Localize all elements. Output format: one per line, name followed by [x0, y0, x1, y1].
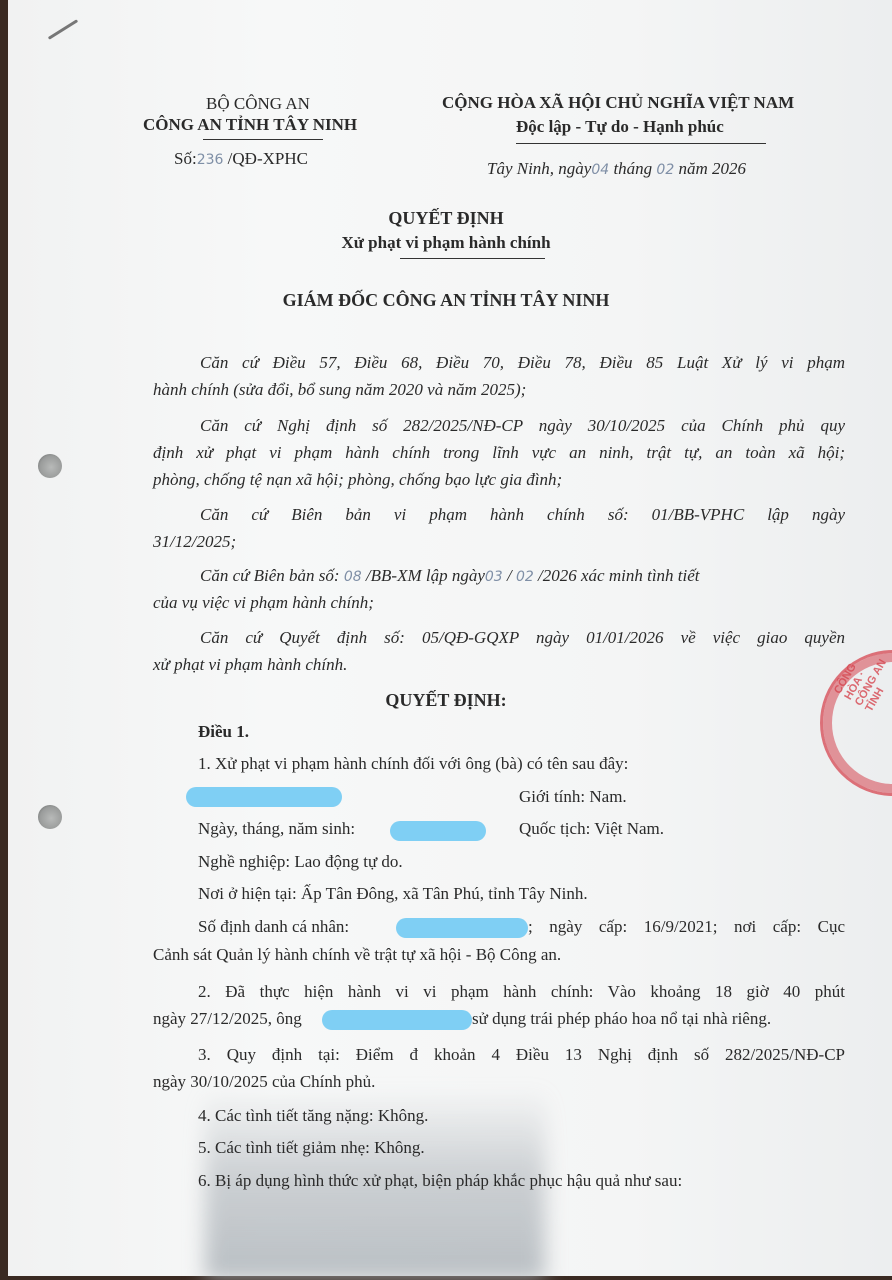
gender: Giới tính: Nam. — [519, 787, 627, 807]
agency-underline — [203, 139, 323, 140]
dob-label: Ngày, tháng, năm sinh: — [198, 819, 355, 839]
year-text: năm 2026 — [679, 159, 747, 178]
basis-4-text-c: /2026 xác minh tình tiết — [538, 566, 699, 585]
basis-1-line2: hành chính (sửa đổi, bổ sung năm 2020 và… — [153, 380, 526, 400]
basis-4-line2: của vụ việc vi phạm hành chính; — [153, 593, 374, 613]
id-issuer: Cảnh sát Quản lý hành chính về trật tự x… — [153, 945, 561, 965]
basis-2-line3: phòng, chống tệ nạn xã hội; phòng, chống… — [153, 470, 562, 490]
basis-4-text-a: Căn cứ Biên bản số: — [200, 566, 340, 585]
article-1-item-6: 6. Bị áp dụng hình thức xử phạt, biện ph… — [198, 1171, 682, 1191]
basis-2-line2: định xử phạt vi phạm hành chính trong lĩ… — [153, 443, 845, 463]
basis-4-separator: / — [507, 566, 512, 585]
basis-2-line1: Căn cứ Nghị định số 282/2025/NĐ-CP ngày … — [200, 416, 845, 436]
redacted-dob — [390, 821, 486, 841]
basis-4-handwritten-day: 03 — [485, 569, 503, 585]
basis-3-line1: Căn cứ Biên bản vi phạm hành chính số: 0… — [200, 505, 845, 525]
month-label: tháng — [613, 159, 652, 178]
redacted-name — [186, 787, 342, 807]
basis-4-text-b: /BB-XM lập ngày — [366, 566, 485, 585]
article-1-item-1: 1. Xử phạt vi phạm hành chính đối với ôn… — [198, 754, 628, 774]
article-1-item-4: 4. Các tình tiết tăng nặng: Không. — [198, 1106, 428, 1126]
document-number: Số:236 /QĐ-XPHC — [174, 149, 308, 169]
basis-5-line2: xử phạt vi phạm hành chính. — [153, 655, 347, 675]
redacted-id — [396, 918, 528, 938]
place-date-prefix: Tây Ninh, ngày — [487, 159, 591, 178]
occupation: Nghề nghiệp: Lao động tự do. — [198, 852, 403, 872]
article-1-heading: Điều 1. — [198, 722, 249, 742]
country-name: CỘNG HÒA XÃ HỘI CHỦ NGHĨA VIỆT NAM — [442, 93, 794, 113]
punch-hole-top — [38, 454, 62, 478]
article-1-item-2-line2b: sử dụng trái phép pháo hoa nổ tại nhà ri… — [472, 1009, 771, 1029]
article-1-item-5: 5. Các tình tiết giảm nhẹ: Không. — [198, 1138, 425, 1158]
ministry-name: BỘ CÔNG AN — [206, 94, 310, 114]
basis-4-handwritten-month: 02 — [516, 569, 534, 585]
agency-name: CÔNG AN TỈNH TÂY NINH — [143, 115, 357, 135]
basis-5-line1: Căn cứ Quyết định số: 05/QĐ-GQXP ngày 01… — [200, 628, 845, 648]
article-1-item-3-line2: ngày 30/10/2025 của Chính phủ. — [153, 1072, 375, 1092]
motto-underline — [516, 143, 766, 144]
residence: Nơi ở hiện tại: Ấp Tân Đông, xã Tân Phú,… — [198, 884, 588, 904]
basis-1-line1: Căn cứ Điều 57, Điều 68, Điều 70, Điều 7… — [200, 353, 845, 373]
month-handwritten: 02 — [656, 162, 674, 178]
id-label: Số định danh cá nhân: — [198, 917, 349, 937]
article-1-item-2-line2a: ngày 27/12/2025, ông — [153, 1009, 302, 1029]
number-prefix: Số: — [174, 149, 197, 168]
decision-subtitle: Xử phạt vi phạm hành chính — [0, 233, 892, 253]
basis-4-line1: Căn cứ Biên bản số: 08 /BB-XM lập ngày03… — [200, 566, 700, 586]
national-motto: Độc lập - Tự do - Hạnh phúc — [516, 117, 724, 137]
article-1-item-3-line1: 3. Quy định tại: Điểm đ khoản 4 Điều 13 … — [198, 1045, 845, 1065]
decision-title: QUYẾT ĐỊNH — [0, 208, 892, 229]
basis-3-line2: 31/12/2025; — [153, 532, 236, 552]
subtitle-underline — [400, 258, 545, 259]
basis-4-handwritten-number: 08 — [344, 569, 362, 585]
number-suffix: /QĐ-XPHC — [228, 149, 308, 168]
agency-text: CÔNG AN TỈNH TÂY NINH — [143, 115, 357, 134]
article-1-item-2-line1: 2. Đã thực hiện hành vi vi phạm hành chí… — [198, 982, 845, 1002]
place-date: Tây Ninh, ngày04 tháng 02 năm 2026 — [487, 159, 746, 179]
punch-hole-bottom — [38, 805, 62, 829]
issuing-authority: GIÁM ĐỐC CÔNG AN TỈNH TÂY NINH — [0, 290, 892, 311]
redacted-violator-name — [322, 1010, 472, 1030]
id-issue: ; ngày cấp: 16/9/2021; nơi cấp: Cục — [528, 917, 845, 937]
nationality: Quốc tịch: Việt Nam. — [519, 819, 664, 839]
decision-heading: QUYẾT ĐỊNH: — [0, 690, 892, 711]
number-handwritten: 236 — [197, 152, 224, 168]
day-handwritten: 04 — [591, 162, 609, 178]
